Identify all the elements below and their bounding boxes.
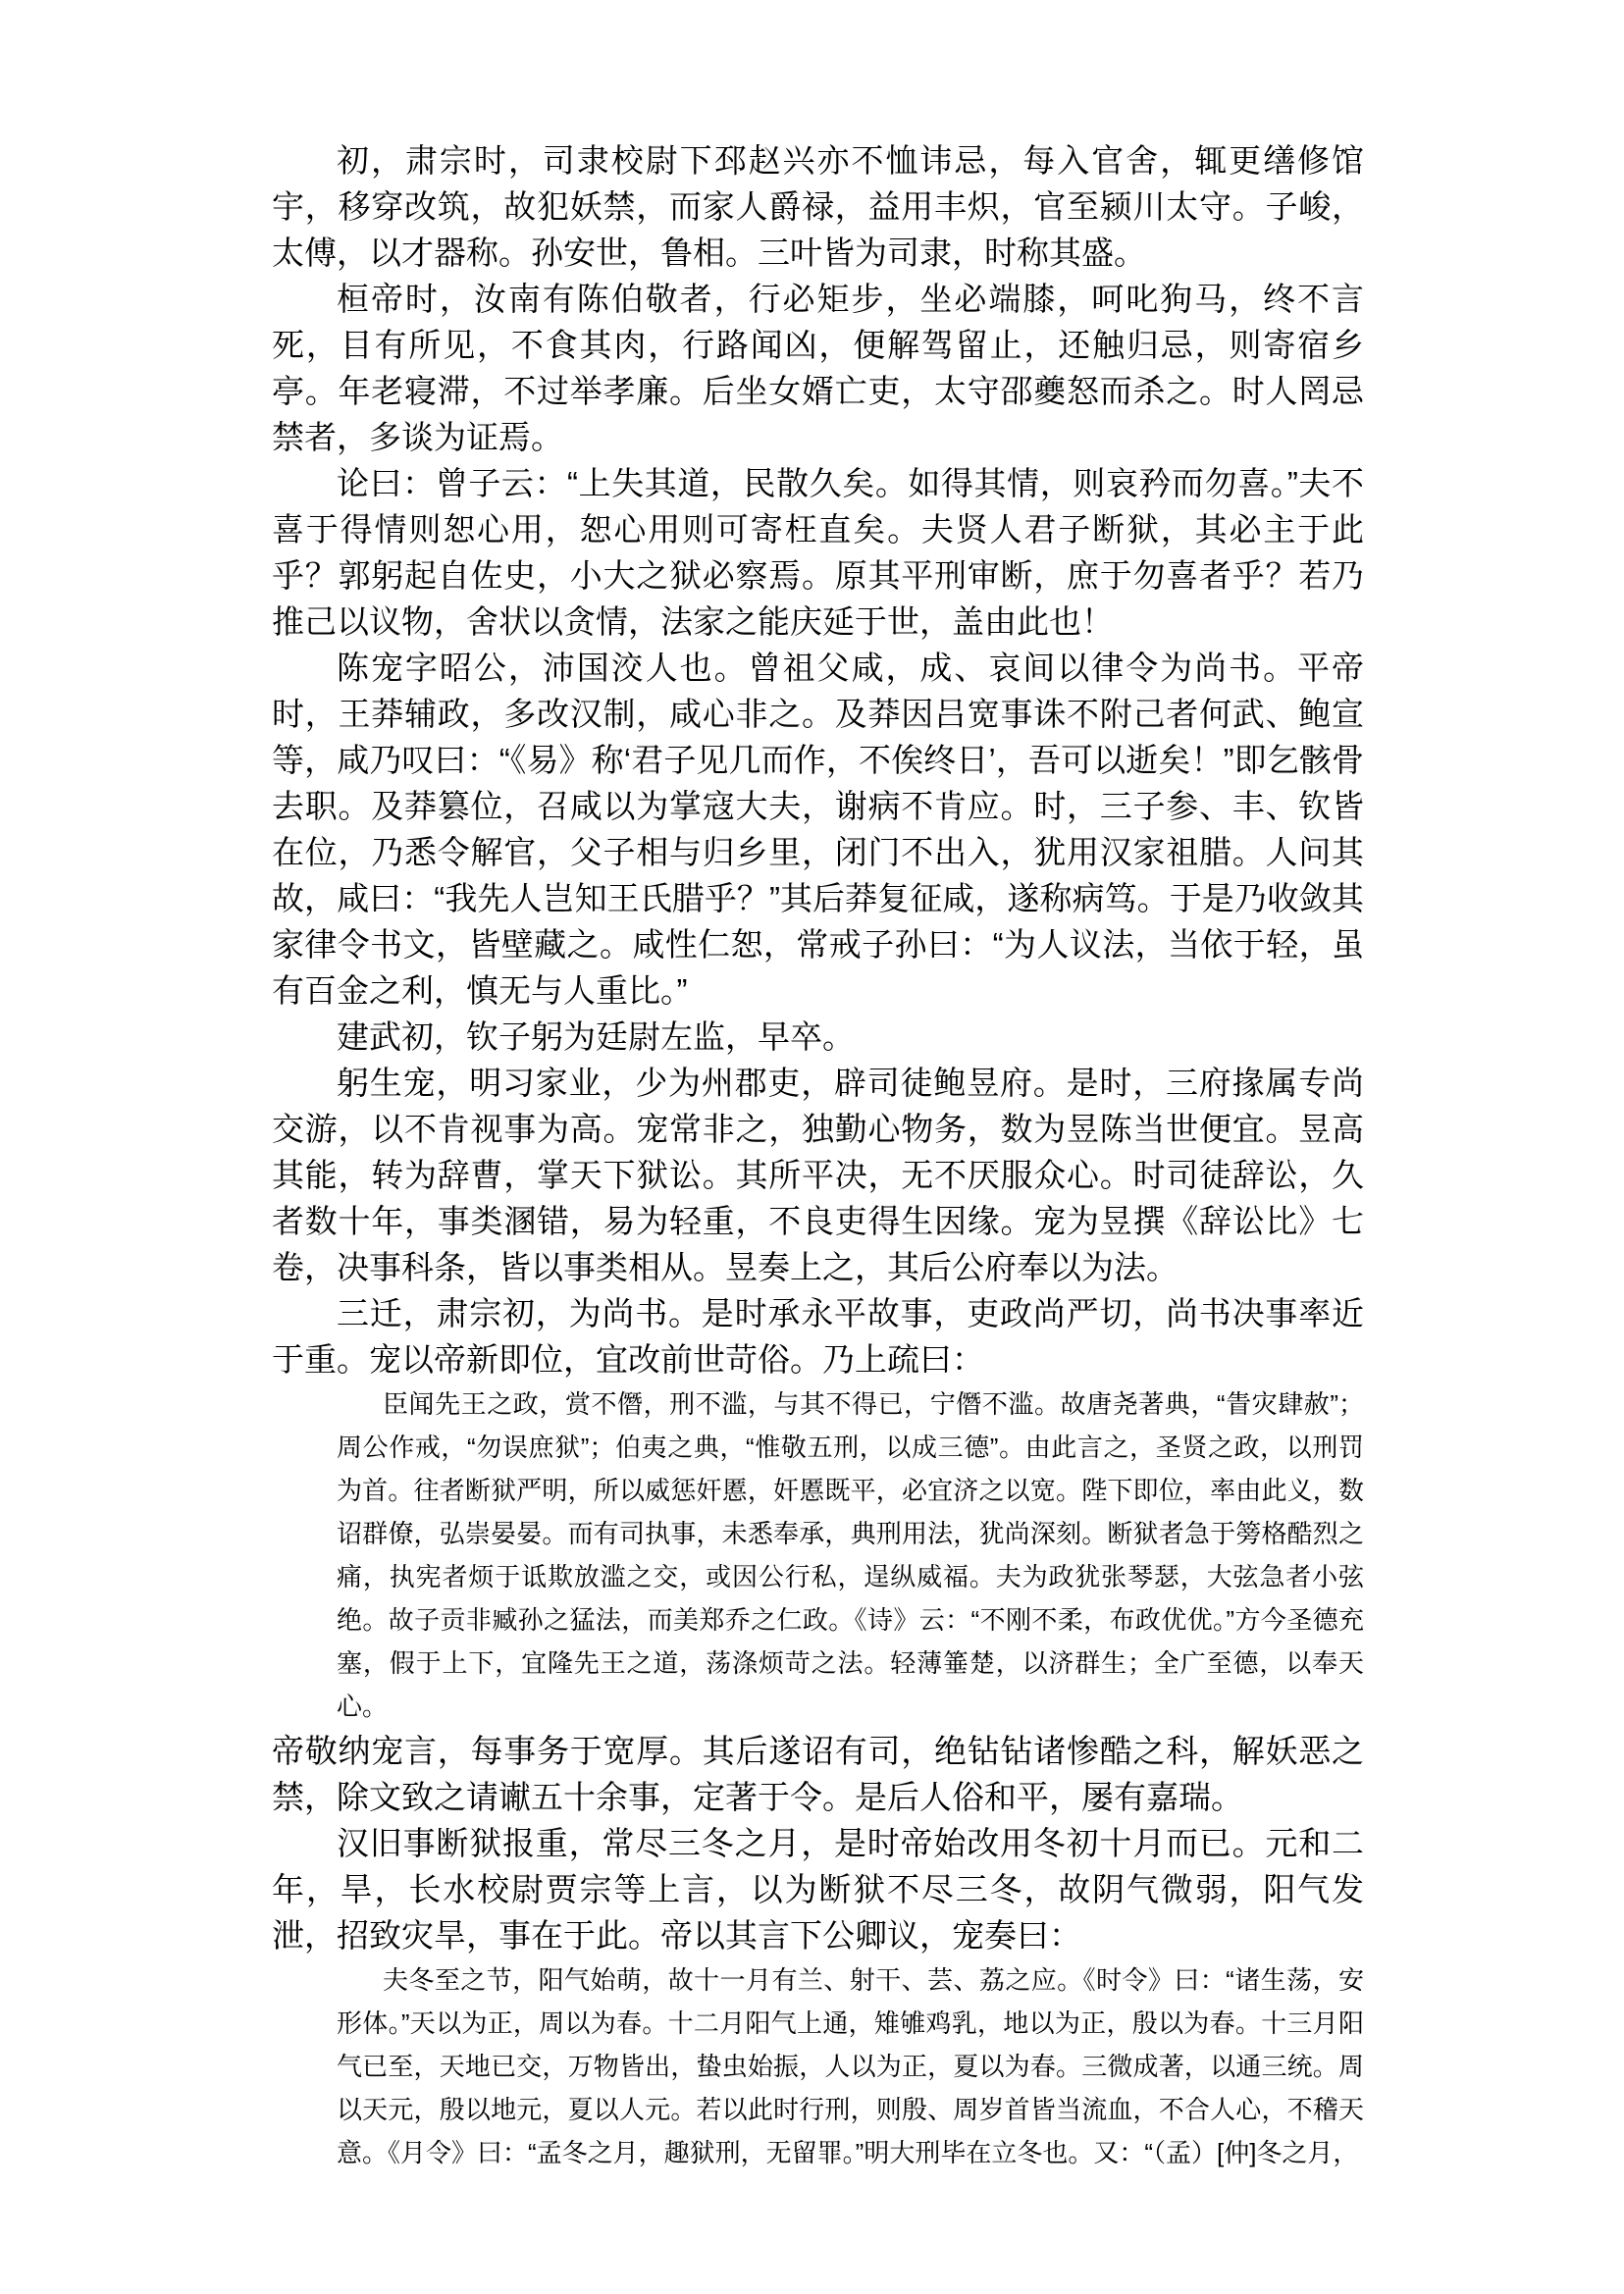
paragraph-zhaoxing: 初，肃宗时，司隶校尉下邳赵兴亦不恤讳忌，每入官舍，辄更缮修馆宇，移穿改筑，故犯妖… (272, 137, 1364, 276)
paragraph-sanqian: 三迁，肃宗初，为尚书。是时承永平故事，吏政尚严切，尚书决事率近于重。宠以帝新即位… (272, 1290, 1364, 1382)
block-quote-memorial-1: 臣闻先王之政，赏不僭，刑不滥，与其不得已，宁僭不滥。故唐尧著典，“眚灾肆赦”；周… (337, 1382, 1364, 1728)
paragraph-hanjiushi: 汉旧事断狱报重，常尽三冬之月，是时帝始改用冬初十月而已。元和二年，旱，长水校尉贾… (272, 1820, 1364, 1958)
paragraph-gongshengchong: 躬生宠，明习家业，少为州郡吏，辟司徒鲍昱府。是时，三府掾属专尚交游，以不肯视事为… (272, 1060, 1364, 1290)
paragraph-lunyue: 论曰：曾子云：“上失其道，民散久矣。如得其情，则哀矜而勿喜。”夫不喜于得情则恕心… (272, 460, 1364, 645)
paragraph-chenchong-intro: 陈宠字昭公，沛国洨人也。曾祖父咸，成、哀间以律令为尚书。平帝时，王莽辅政，多改汉… (272, 645, 1364, 1014)
paragraph-dijingna: 帝敬纳宠言，每事务于宽厚。其后遂诏有司，绝钻钻诸惨酷之科，解妖恶之禁，除文致之请… (272, 1728, 1364, 1820)
document-page: 初，肃宗时，司隶校尉下邳赵兴亦不恤讳忌，每入官舍，辄更缮修馆宇，移穿改筑，故犯妖… (0, 0, 1624, 2294)
block-quote-memorial-2: 夫冬至之节，阳气始萌，故十一月有兰、射干、芸、荔之应。《时令》曰：“诸生荡，安形… (337, 1958, 1364, 2174)
paragraph-chenbojing: 桓帝时，汝南有陈伯敬者，行必矩步，坐必端膝，呵叱狗马，终不言死，目有所见，不食其… (272, 276, 1364, 460)
paragraph-jianwu: 建武初，钦子躬为廷尉左监，早卒。 (272, 1014, 1364, 1060)
